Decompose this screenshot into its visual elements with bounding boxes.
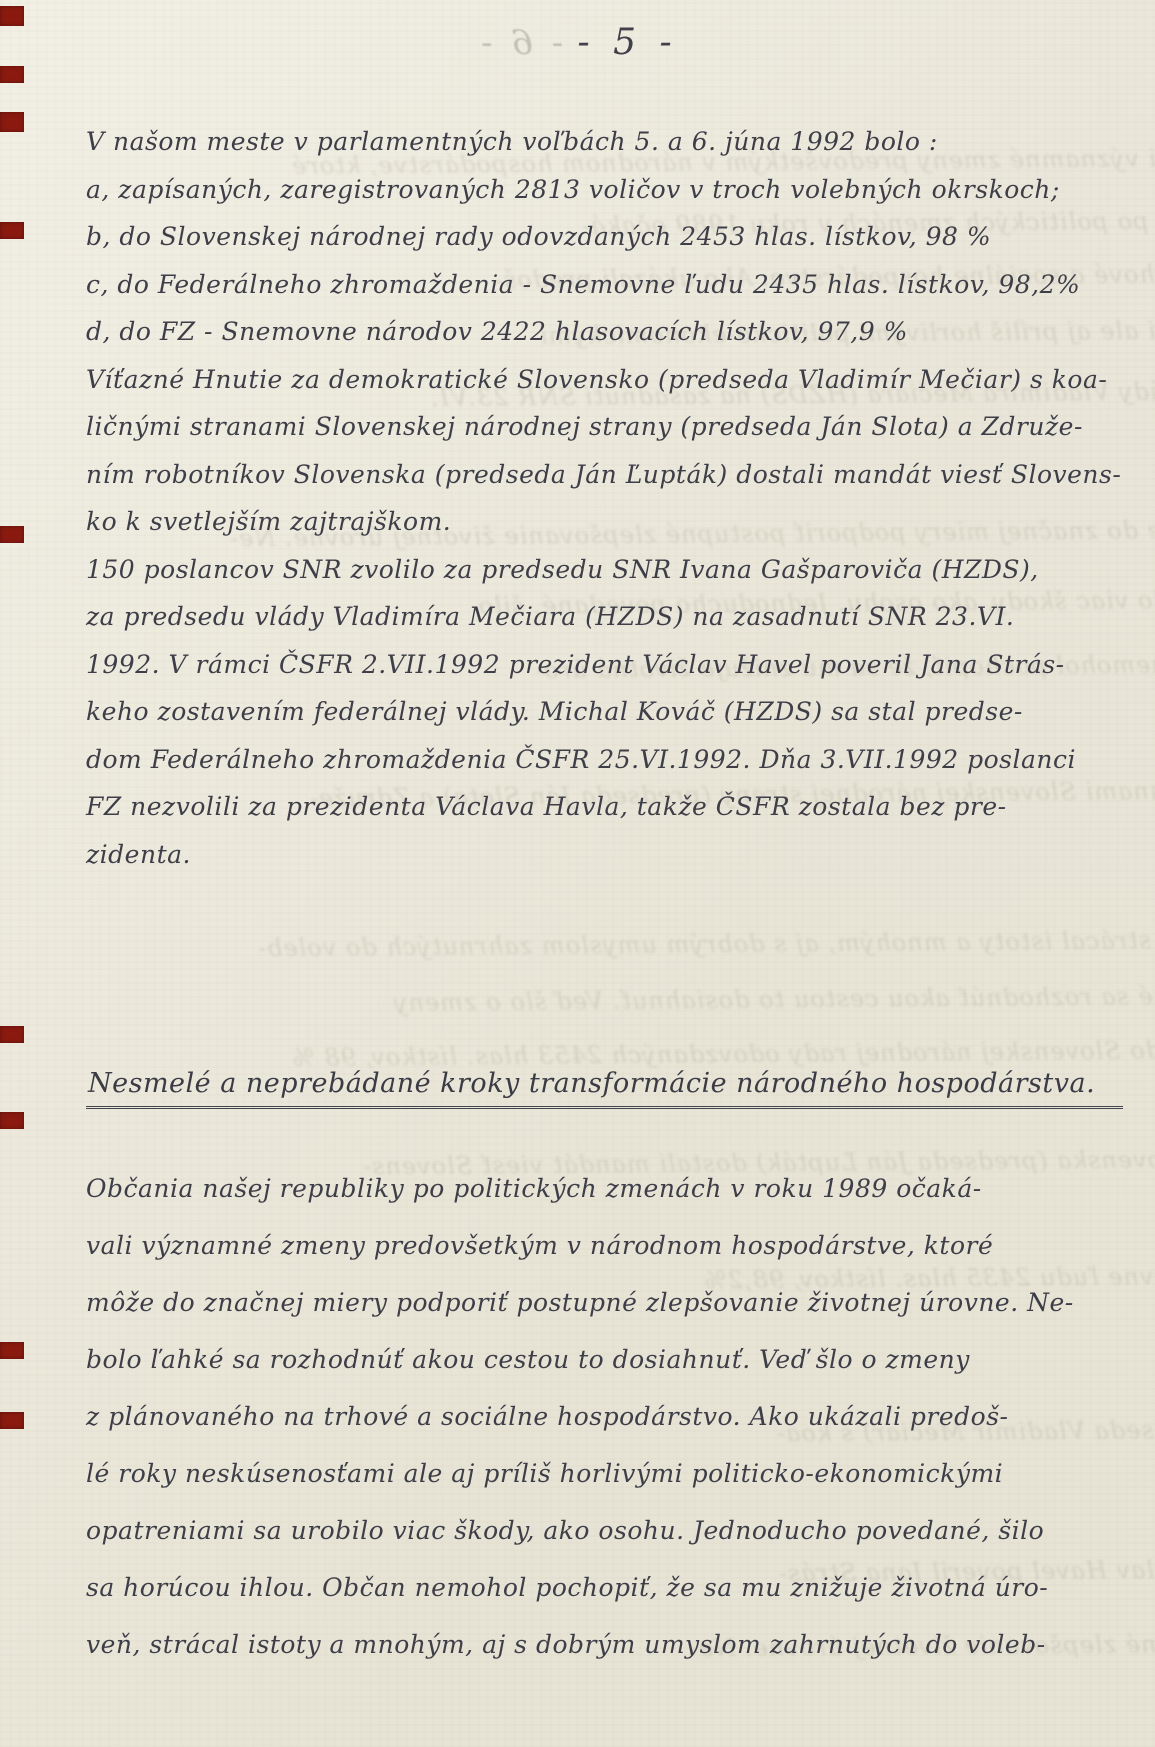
handwritten-line: c, do Federálneho zhromaždenia - Snemovn… xyxy=(86,261,1121,309)
handwritten-line: a, zapísaných, zaregistrovaných 2813 vol… xyxy=(86,166,1121,214)
handwritten-line: veň, strácal istoty a mnohým, aj s dobrý… xyxy=(86,1616,1074,1673)
handwritten-line: ko k svetlejším zajtrajškom. xyxy=(86,498,1121,546)
bleedthrough-text: b, do Slovenskej národnej rady odovzdaný… xyxy=(291,1036,1155,1072)
red-scan-mark xyxy=(0,526,24,543)
paragraph-economy: Občania našej republiky po politických z… xyxy=(86,1160,1074,1673)
handwritten-line: ním robotníkov Slovenska (predseda Ján Ľ… xyxy=(86,451,1121,499)
handwritten-line: za predsedu vlády Vladimíra Mečiara (HZD… xyxy=(86,593,1121,641)
red-scan-mark xyxy=(0,1026,24,1043)
handwritten-line: lé roky neskúsenosťami ale aj príliš hor… xyxy=(86,1445,1074,1502)
handwritten-line: vali významné zmeny predovšetkým v národ… xyxy=(86,1217,1074,1274)
section-heading: Nesmelé a neprebádané kroky transformáci… xyxy=(86,1068,1123,1109)
page-number-ghost: - 6 - xyxy=(477,23,563,63)
handwritten-line: 150 poslancov SNR zvolilo za predsedu SN… xyxy=(86,546,1121,594)
handwritten-line: opatreniami sa urobilo viac škody, ako o… xyxy=(86,1502,1074,1559)
handwritten-line: ličnými stranami Slovenskej národnej str… xyxy=(86,403,1121,451)
handwritten-line: FZ nezvolili za prezidenta Václava Havla… xyxy=(86,783,1121,831)
red-scan-mark xyxy=(0,6,24,26)
handwritten-line: V našom meste v parlamentných voľbách 5.… xyxy=(86,118,1121,166)
handwritten-line: Občania našej republiky po politických z… xyxy=(86,1160,1074,1217)
page-header: - 6 -- 5 - xyxy=(0,22,1155,63)
handwritten-line: b, do Slovenskej národnej rady odovzdaný… xyxy=(86,213,1121,261)
bleedthrough-text: bolo ľahké sa rozhodnúť akou cestou to d… xyxy=(393,981,1155,1017)
paragraph-election-results: V našom meste v parlamentných voľbách 5.… xyxy=(86,118,1121,878)
red-scan-mark xyxy=(0,112,24,132)
red-scan-mark xyxy=(0,1112,24,1129)
bleedthrough-text: veň, strácal istoty a mnohým, aj s dobrý… xyxy=(257,926,1155,962)
handwritten-line: 1992. V rámci ČSFR 2.VII.1992 prezident … xyxy=(86,641,1121,689)
handwritten-line: môže do značnej miery podporiť postupné … xyxy=(86,1274,1074,1331)
handwritten-line: Víťazné Hnutie za demokratické Slovensko… xyxy=(86,356,1121,404)
handwritten-line: d, do FZ - Snemovne národov 2422 hlasova… xyxy=(86,308,1121,356)
scanned-document-page: vali významné zmeny predovšetkým v národ… xyxy=(0,0,1155,1747)
handwritten-line: dom Federálneho zhromaždenia ČSFR 25.VI.… xyxy=(86,736,1121,784)
page-number: - 5 - xyxy=(578,22,678,63)
handwritten-line: zidenta. xyxy=(86,831,1121,879)
handwritten-line: keho zostavením federálnej vlády. Michal… xyxy=(86,688,1121,736)
handwritten-line: bolo ľahké sa rozhodnúť akou cestou to d… xyxy=(86,1331,1074,1388)
handwritten-line: sa horúcou ihlou. Občan nemohol pochopiť… xyxy=(86,1559,1074,1616)
red-scan-mark xyxy=(0,1412,24,1429)
handwritten-line: z plánovaného na trhové a sociálne hospo… xyxy=(86,1388,1074,1445)
red-scan-mark xyxy=(0,1342,24,1359)
red-scan-mark xyxy=(0,222,24,239)
red-scan-mark xyxy=(0,66,24,83)
